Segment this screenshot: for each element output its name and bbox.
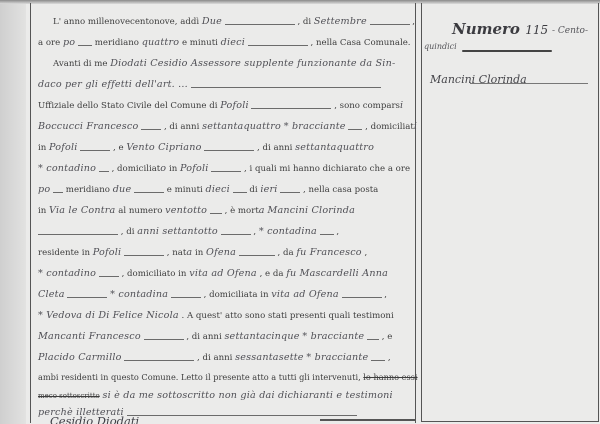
handwritten-month: Settembre [314,16,367,27]
printed-text: in [195,248,203,258]
printed-text: , nella casa posta [303,185,378,195]
printed-text: , di anni [164,122,199,132]
handwritten-text: po [63,37,75,48]
handwritten-age: sessantasette [235,352,304,363]
handwritten-occupation: * bracciante [284,121,346,132]
printed-text: meridiano [95,38,139,48]
record-line-1: L' anno millenovecentonove, addì Due , d… [53,17,415,27]
printed-text: , domiciliato in [122,269,187,279]
handwritten-age: settantaquattro [202,121,281,132]
printed-text: Avanti di me [53,59,108,69]
handwritten-witness-2: Placido Carmillo [38,352,122,363]
handwritten-official-cont: daco per gli effetti dell'art. ... [38,79,188,90]
handwritten-mother: fu Mascardelli Anna [286,268,388,279]
printed-text: , di [297,17,311,27]
signature: Cesidio Diodati [50,414,139,424]
handwritten-hour: quattro [142,37,180,48]
printed-text: residente in [38,248,90,258]
printed-text: , nella Casa Comunale. [310,38,410,48]
record-line-6: Boccucci Francesco , di anni settantaqua… [38,122,417,132]
printed-text: , di [121,227,135,237]
printed-text: al numero [118,206,162,216]
record-line-10: in Via le Contra al numero ventotto , è … [38,206,355,216]
handwritten-domicile: vita ad Ofena [189,268,257,279]
printed-text: , e [382,332,393,342]
handwritten-occupation: * bracciante [306,352,368,363]
handwritten-ending: i [400,100,403,111]
printed-text: , di anni [197,353,232,363]
printed-text: e minuti [167,185,203,195]
number-value: 115 [525,23,548,37]
record-line-15: * Vedova di Di Felice Nicola . A quest' … [38,311,394,321]
printed-text: , di anni [257,143,292,153]
record-line-2: a ore po meridiano quattro e minuti diec… [38,38,411,48]
handwritten-declarant-1: Boccucci Francesco [38,121,138,132]
handwritten-marital-status: * Vedova di Di Felice Nicola [38,310,179,321]
struck-text: meco sottoscritto [38,392,100,400]
margin-frame [421,3,599,422]
printed-text: , nat [167,248,187,258]
handwritten-occupation: * contadina [110,289,168,300]
name-underline [470,83,588,84]
printed-text: di [249,185,257,195]
handwritten-street: Via le Contra [49,205,115,216]
number-words: - Cento- [552,26,588,36]
record-line-11: , di anni settantotto , * contadina , [38,227,339,237]
record-line-14: Cleta * contadina , domiciliata in vita … [38,290,387,300]
handwritten-official: Diodati Cesidio Assessore supplente funz… [110,58,395,69]
record-number: Numero 115 [452,20,548,38]
struck-text: lo hanno essi [363,372,417,382]
handwritten-residence: Pofoli [93,247,122,258]
handwritten-witness-1: Mancanti Francesco [38,331,141,342]
record-line-19: meco sottoscritto si è da me sottoscritt… [38,391,393,401]
handwritten-occupation: * contadino [38,268,96,279]
printed-text: . A quest' atto sono stati presenti qual… [182,311,394,321]
handwritten-occupation: * bracciante [302,331,364,342]
binding-edge [0,0,26,424]
printed-text: e minuti [182,38,218,48]
handwritten-age: anni settantotto [137,226,218,237]
printed-text: , sono compars [334,101,400,111]
printed-text: , e [113,143,124,153]
handwritten-ending: i [414,121,417,132]
record-line-18: ambi residenti in questo Comune. Letto i… [38,372,418,382]
record-line-7: in Pofoli , e Vento Cipriano , di anni s… [38,143,374,153]
handwritten-father: fu Francesco [296,247,361,258]
record-line-8: * contadino , domiciliato in Pofoli , i … [38,164,410,174]
handwritten-ending: o [160,163,166,174]
record-line-17: Placido Carmillo , di anni sessantasette… [38,353,391,363]
handwritten-house-number: ventotto [165,205,207,216]
record-line-3: Avanti di me Diodati Cesidio Assessore s… [53,59,395,69]
handwritten-age: settantacinque [224,331,299,342]
number-label: Numero [452,20,520,38]
printed-text: , i quali mi hanno dichiarato che a ore [244,164,410,174]
handwritten-age: settantaquattro [295,142,374,153]
record-line-12: residente in Pofoli , nata in Ofena , da… [38,248,367,258]
handwritten-ending: a [259,205,265,216]
handwritten-minutes: dieci [221,37,245,48]
record-line-9: po meridiano due e minuti dieci di ieri … [38,185,378,195]
handwritten-hour: due [113,184,132,195]
handwritten-minutes: dieci [206,184,230,195]
record-line-16: Mancanti Francesco , di anni settantacin… [38,332,392,342]
printed-text: , e da [260,269,284,279]
printed-text: , domiciliat [112,164,161,174]
printed-text: , di anni [186,332,221,342]
document-page: Numero 115 - Cento- quindici Mancini Clo… [0,0,600,424]
handwritten-birthplace: Ofena [206,247,236,258]
printed-text: in [38,206,46,216]
handwritten-place: Pofoli [180,163,209,174]
record-line-13: * contadino , domiciliato in vita ad Ofe… [38,269,388,279]
handwritten-ending: a [186,247,192,258]
printed-text: ambi residenti in questo Comune. Letto i… [38,372,361,382]
handwritten-note: si è da me sottoscritto non già dai dich… [102,390,392,401]
handwritten-day: Due [202,16,222,27]
printed-text: , da [277,248,293,258]
handwritten-occupation: * contadino [38,163,96,174]
bottom-rule [320,419,415,421]
printed-text: meridiano [66,185,110,195]
handwritten-occupation: * contadina [259,226,317,237]
handwritten-domicile: vita ad Ofena [271,289,339,300]
handwritten-deceased-name: Mancini Clorinda [267,205,355,216]
handwritten-mother-cont: Cleta [38,289,65,300]
decorative-rule [462,50,552,52]
printed-text: , domiciliata in [204,290,269,300]
record-line-5: Uffiziale dello Stato Civile del Comune … [38,101,403,111]
handwritten-declarant-2: Vento Cipriano [126,142,201,153]
record-line-4: daco per gli effetti dell'art. ... [38,80,381,90]
handwritten-comune: Pofoli [220,100,249,111]
printed-text: , domiciliat [365,122,414,132]
handwritten-text: po [38,184,50,195]
deceased-name-margin: Mancini Clorinda [430,73,527,86]
handwritten-text: ieri [260,184,277,195]
number-words-cont: quindici [424,42,457,51]
printed-text: in [38,143,46,153]
printed-text: Uffiziale dello Stato Civile del Comune … [38,101,217,111]
printed-text: in [169,164,177,174]
printed-text: a ore [38,38,60,48]
handwritten-place: Pofoli [49,142,78,153]
printed-text: , è mort [225,206,259,216]
printed-text: L' anno millenovecentonove, addì [53,17,199,27]
